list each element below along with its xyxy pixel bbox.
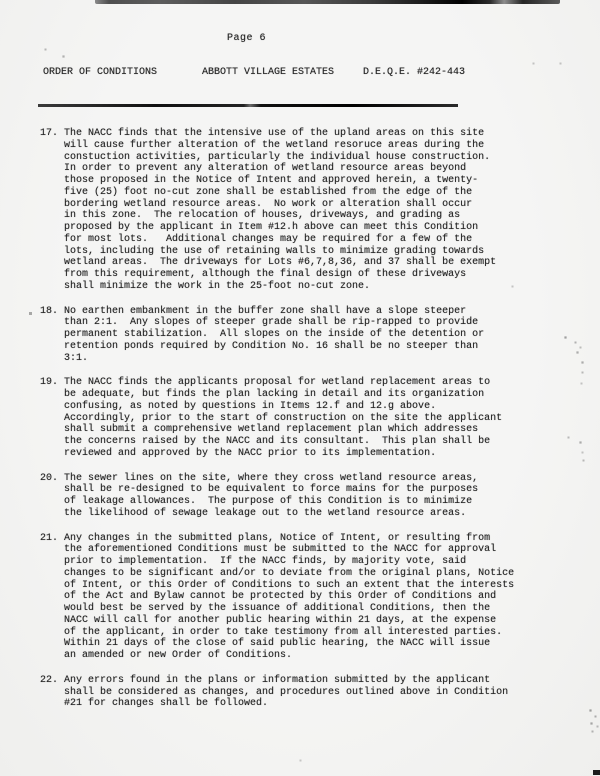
page-number: Page 6 [227, 33, 266, 44]
header-doc-type: ORDER OF CONDITIONS [43, 67, 157, 78]
scan-artifact-corner [593, 770, 600, 775]
scan-noise-speckles [0, 0, 1, 1]
header-file-number: D.E.Q.E. #242-443 [363, 67, 465, 78]
condition-17: 17. The NACC finds that the intensive us… [40, 128, 585, 293]
header-rule [38, 104, 458, 107]
condition-20: 20. The sewer lines on the site, where t… [40, 473, 585, 520]
document-page: Page 6 ORDER OF CONDITIONS ABBOTT VILLAG… [0, 0, 600, 776]
condition-19: 19. The NACC finds the applicants propos… [40, 377, 585, 459]
condition-22: 22. Any errors found in the plans or inf… [40, 675, 585, 710]
document-header: ORDER OF CONDITIONS ABBOTT VILLAGE ESTAT… [0, 67, 600, 80]
condition-21: 21. Any changes in the submitted plans, … [40, 533, 585, 662]
condition-18: 18. No earthen embankment in the buffer … [40, 306, 585, 365]
header-project-name: ABBOTT VILLAGE ESTATES [202, 67, 334, 78]
scan-artifact-top-band [95, 0, 560, 4]
conditions-list: 17. The NACC finds that the intensive us… [40, 128, 585, 710]
